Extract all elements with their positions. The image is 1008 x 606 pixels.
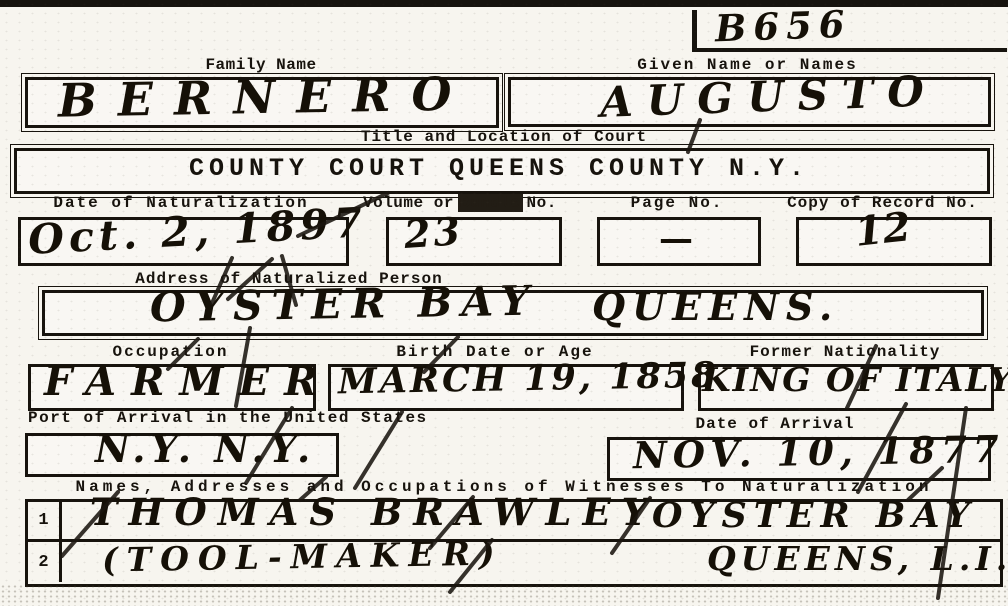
former-nationality-label: Former Nationality [705, 344, 985, 362]
witness-2-occupation: (TOOL-MAKER) [102, 536, 504, 576]
address-value-left: OYSTER BAY [150, 281, 539, 329]
witness-1-address: OYSTER BAY [652, 498, 977, 533]
port-arrival-value: N.Y. N.Y. [95, 430, 315, 468]
date-arrival-value: NOV. 10, 1877 [633, 431, 1005, 474]
birth-date-value: MARCH 19, 1858 [338, 358, 719, 400]
port-arrival-label: Port of Arrival in the United States [28, 410, 428, 428]
witness-row-number: 1 [28, 502, 62, 542]
reference-number-bracket: B656 [692, 10, 1007, 52]
given-name-value: AUGUSTO [599, 70, 938, 124]
occupation-value: FARMER [44, 362, 332, 402]
page-value: — [597, 222, 755, 256]
reference-number: B656 [714, 6, 852, 48]
address-value-right: QUEENS. [592, 288, 839, 326]
naturalization-index-card: B656 Family Name BERNERO Given Name or N… [0, 0, 1008, 606]
page-label: Page No. [595, 195, 759, 213]
witness-1-name: THOMAS BRAWLEY [90, 494, 659, 531]
volume-value: 23 [403, 212, 464, 254]
court-value: COUNTY COURT QUEENS COUNTY N.Y. [14, 156, 984, 181]
volume-label-suffix: No. [527, 194, 557, 212]
former-nationality-value: KING OF ITALY [702, 363, 1008, 396]
scan-edge-bar [0, 0, 1008, 7]
witnesses-table: 1 THOMAS BRAWLEY OYSTER BAY 2 (TOOL-MAKE… [25, 499, 1003, 587]
court-label: Title and Location of Court [0, 129, 1008, 147]
volume-label-struck-word: Bundle [458, 194, 523, 212]
witness-row: THOMAS BRAWLEY OYSTER BAY [62, 502, 1000, 542]
witness-row-number: 2 [28, 542, 62, 582]
copy-record-value: 12 [853, 207, 913, 253]
family-name-value: BERNERO [58, 70, 473, 123]
witness-2-address: QUEENS, L.I. [707, 542, 1008, 575]
scan-noise-bottom-edge [0, 584, 1008, 606]
witness-row: (TOOL-MAKER) QUEENS, L.I. [62, 542, 1000, 582]
